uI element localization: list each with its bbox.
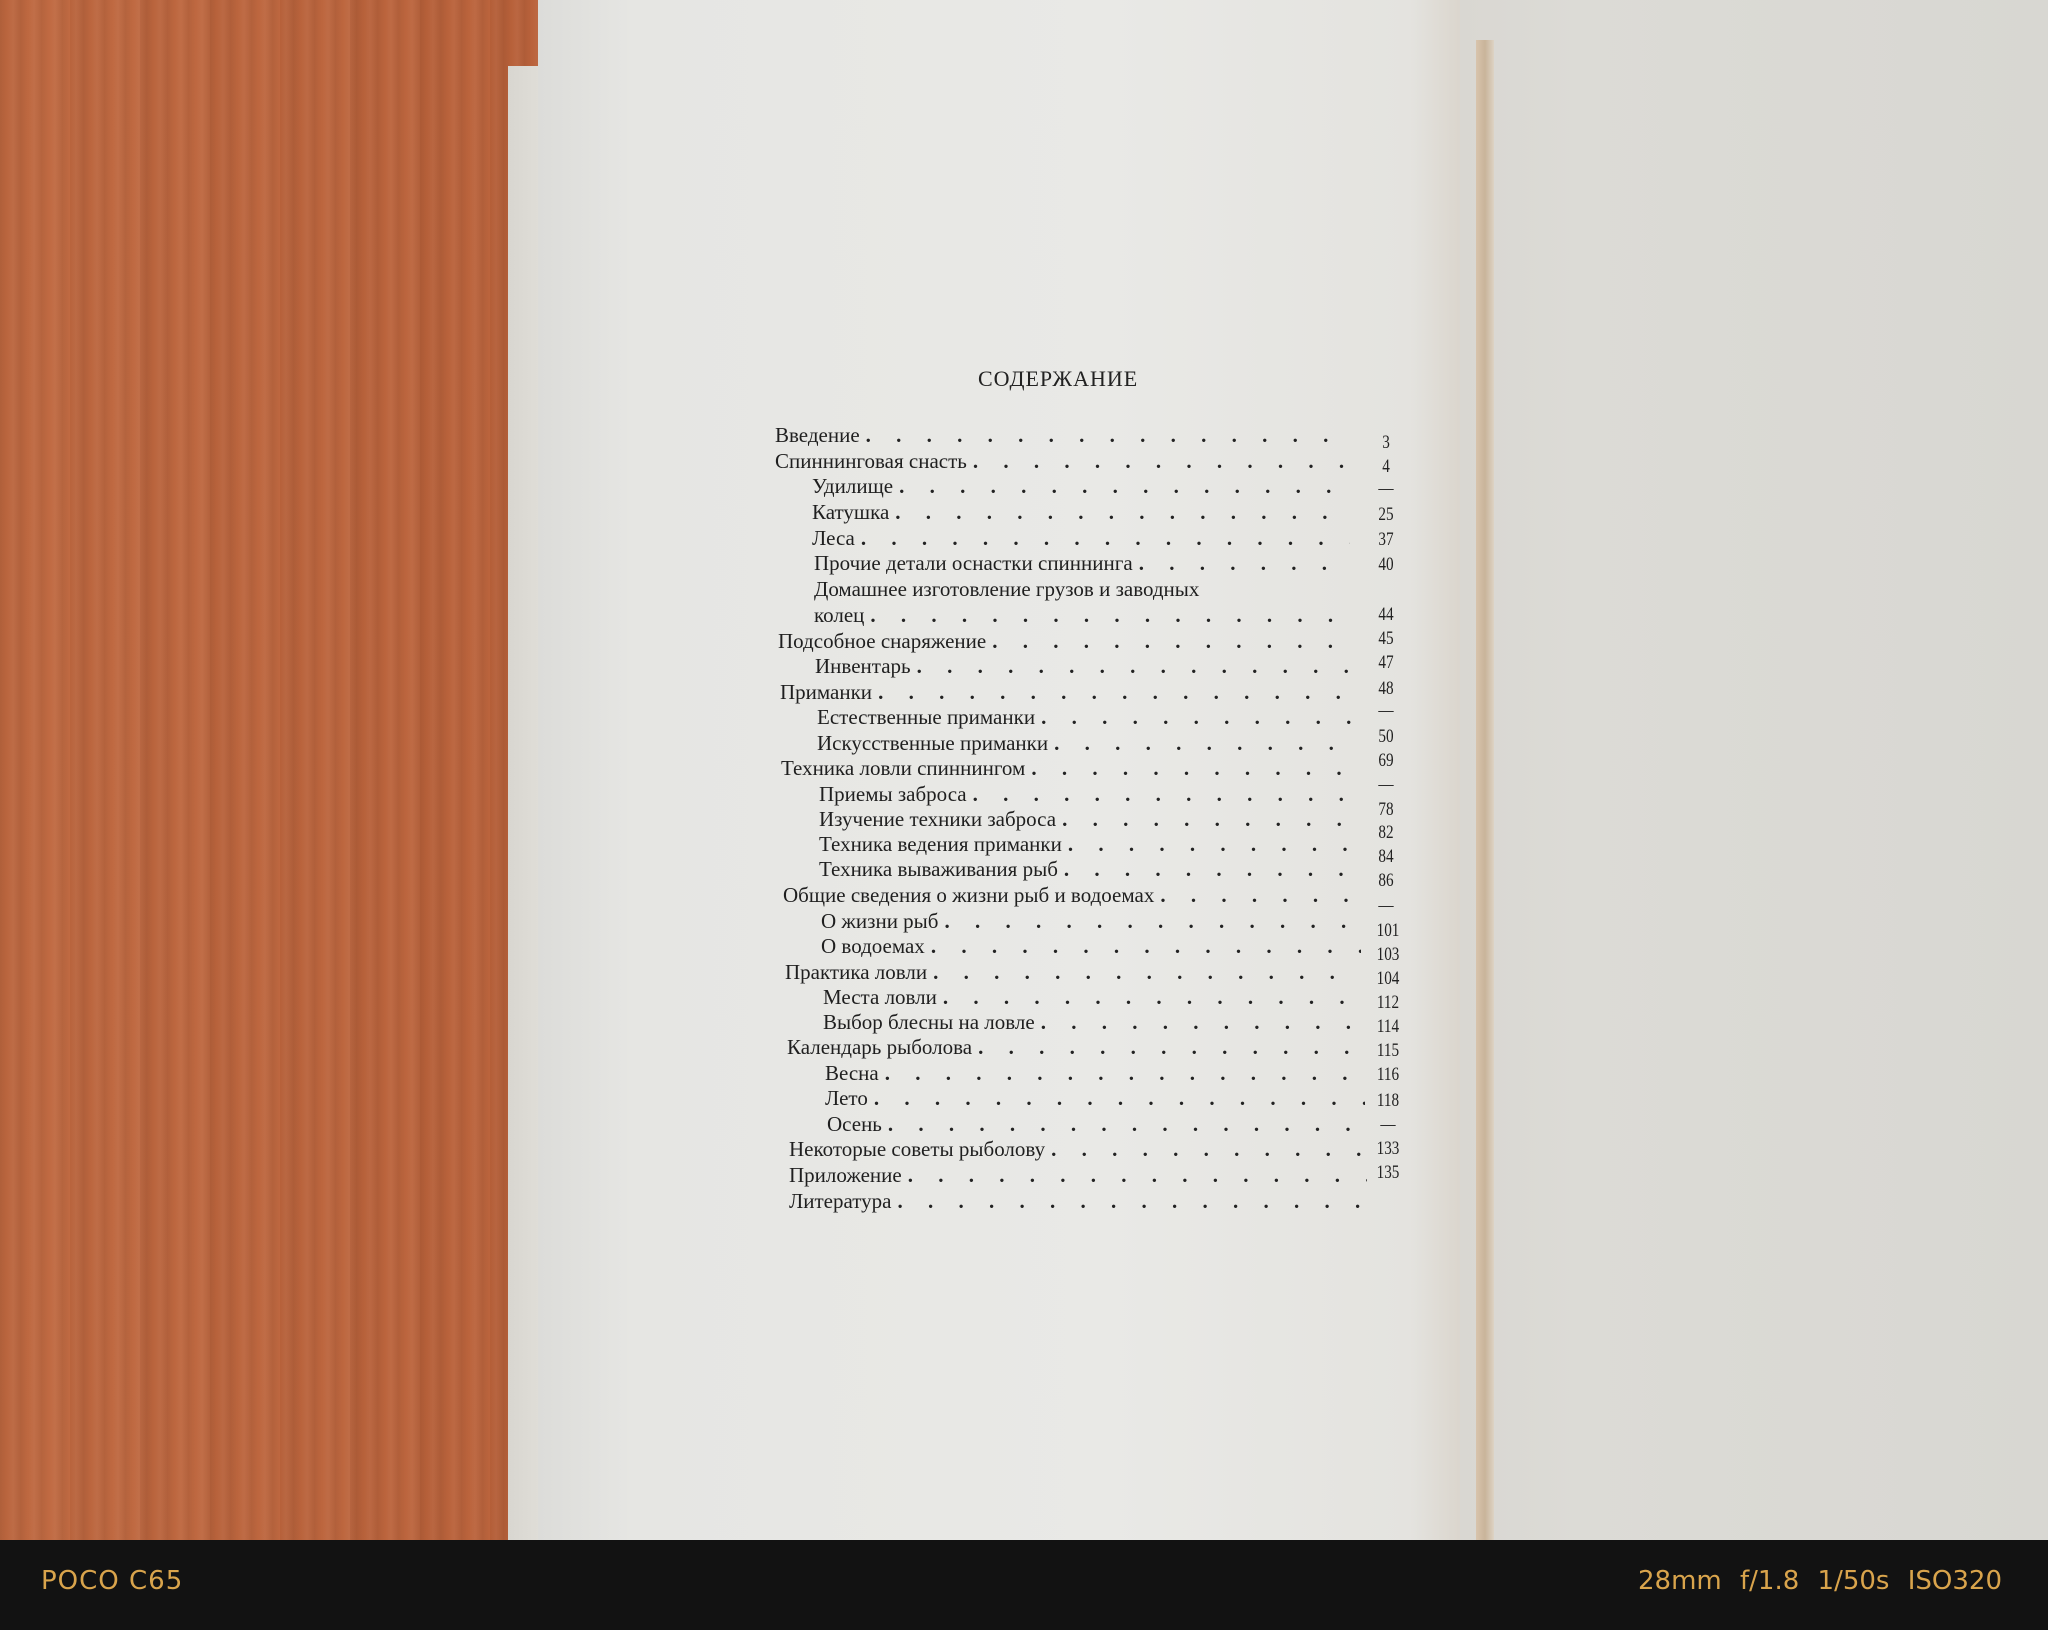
toc-entry: Техника ведения приманки. . . . . . . . … [819, 832, 1359, 856]
toc-leader: . . . . . . . . . . . . . . . . . . . . … [1139, 551, 1352, 575]
device-name: POCO C65 [41, 1566, 183, 1596]
exif-info: 28mm f/1.8 1/50s ISO320 [1638, 1566, 2002, 1596]
toc-leader: . . . . . . . . . . . . . . . . . . . . … [874, 1086, 1365, 1110]
toc-entry: Практика ловли. . . . . . . . . . . . . … [785, 960, 1361, 984]
toc-page-number: 44 [1372, 604, 1401, 626]
toc-entry-label: Спиннинговая снасть [775, 449, 973, 473]
right-book-page [1460, 0, 2048, 1540]
toc-leader: . . . . . . . . . . . . . . . . . . . . … [1054, 731, 1357, 755]
toc-leader: . . . . . . . . . . . . . . . . . . . . … [895, 500, 1350, 524]
toc-entry-label: Приманки [780, 680, 878, 704]
toc-entry-label: Общие сведения о жизни рыб и водоемах [783, 883, 1160, 907]
toc-entry: Весна. . . . . . . . . . . . . . . . . .… [825, 1061, 1365, 1085]
toc-page-number: 115 [1374, 1040, 1403, 1062]
toc-page-number: 118 [1374, 1090, 1403, 1112]
toc-entry: Домашнее изготовление грузов и заводных [814, 577, 1354, 601]
toc-entry: Приманки. . . . . . . . . . . . . . . . … [780, 680, 1356, 704]
toc-entry: Осень. . . . . . . . . . . . . . . . . .… [827, 1112, 1367, 1136]
toc-leader: . . . . . . . . . . . . . . . . . . . . … [1051, 1137, 1367, 1161]
toc-entry: Искусственные приманки. . . . . . . . . … [817, 731, 1357, 755]
toc-entry: Некоторые советы рыболову. . . . . . . .… [789, 1137, 1367, 1161]
toc-page-number: — [1372, 700, 1401, 722]
toc-entry-label: Леса [812, 526, 861, 550]
toc-entry: Введение. . . . . . . . . . . . . . . . … [775, 423, 1350, 447]
toc-page-number: 114 [1374, 1016, 1403, 1038]
toc-entry-label: Весна [825, 1061, 885, 1085]
toc-entry-label: Практика ловли [785, 960, 933, 984]
toc-entry-label: Приемы заброса [819, 782, 973, 806]
toc-leader: . . . . . . . . . . . . . . . . . . . . … [899, 474, 1350, 498]
toc-page-number: 104 [1374, 968, 1403, 990]
toc-leader: . . . . . . . . . . . . . . . . . . . . … [931, 934, 1361, 958]
toc-leader: . . . . . . . . . . . . . . . . . . . . … [1041, 1010, 1363, 1034]
toc-page-number: 45 [1372, 628, 1401, 650]
toc-page-number: 86 [1372, 870, 1401, 892]
toc-page-number: 116 [1374, 1064, 1403, 1086]
toc-entry-label: Литература [789, 1189, 897, 1213]
toc-entry-label: Некоторые советы рыболову [789, 1137, 1051, 1161]
toc-entry: Катушка. . . . . . . . . . . . . . . . .… [812, 500, 1350, 524]
toc-entry-label: Инвентарь [815, 654, 917, 678]
toc-entry: Выбор блесны на ловле. . . . . . . . . .… [823, 1010, 1363, 1034]
toc-entry-label: Выбор блесны на ловле [823, 1010, 1041, 1034]
toc-leader: . . . . . . . . . . . . . . . . . . . . … [992, 629, 1354, 653]
toc-page-number: 25 [1372, 504, 1401, 526]
toc-entry: Места ловли. . . . . . . . . . . . . . .… [823, 985, 1363, 1009]
toc-page-number: — [1372, 774, 1401, 796]
toc-entry: Техника вываживания рыб. . . . . . . . .… [819, 857, 1359, 881]
toc-entry-label: Удилище [812, 474, 899, 498]
toc-entry: Леса. . . . . . . . . . . . . . . . . . … [812, 526, 1350, 550]
toc-entry-label: Введение [775, 423, 866, 447]
toc-entry-label: Изучение техники заброса [819, 807, 1062, 831]
toc-page-number: 112 [1374, 992, 1403, 1014]
toc-entry-label: Искусственные приманки [817, 731, 1054, 755]
toc-entry: О жизни рыб. . . . . . . . . . . . . . .… [821, 909, 1361, 933]
toc-entry: колец. . . . . . . . . . . . . . . . . .… [814, 603, 1354, 627]
toc-page-number: — [1372, 895, 1401, 917]
toc-entry-label: Календарь рыболова [787, 1035, 978, 1059]
toc-entry-label: Техника ловли спиннингом [781, 756, 1031, 780]
toc-page-number: 48 [1372, 678, 1401, 700]
toc-leader: . . . . . . . . . . . . . . . . . . . . … [978, 1035, 1363, 1059]
toc-entry: О водоемах. . . . . . . . . . . . . . . … [821, 934, 1361, 958]
book-gutter [1476, 40, 1494, 1540]
toc-entry: Инвентарь. . . . . . . . . . . . . . . .… [815, 654, 1355, 678]
toc-entry-label: Места ловли [823, 985, 943, 1009]
toc-page-number: 135 [1374, 1162, 1403, 1184]
toc-entry: Подсобное снаряжение. . . . . . . . . . … [778, 629, 1354, 653]
toc-page-number: 82 [1372, 822, 1401, 844]
toc-entry: Техника ловли спиннингом. . . . . . . . … [781, 756, 1357, 780]
toc-leader: . . . . . . . . . . . . . . . . . . . . … [1031, 756, 1357, 780]
toc-entry-label: колец [814, 603, 870, 627]
toc-entry: Естественные приманки. . . . . . . . . .… [817, 705, 1357, 729]
toc-entry: Приложение. . . . . . . . . . . . . . . … [789, 1163, 1367, 1187]
toc-leader: . . . . . . . . . . . . . . . . . . . . … [944, 909, 1361, 933]
toc-leader: . . . . . . . . . . . . . . . . . . . . … [885, 1061, 1365, 1085]
toc-entry: Общие сведения о жизни рыб и водоемах. .… [783, 883, 1359, 907]
toc-entry-label: Осень [827, 1112, 888, 1136]
toc-page-number: 78 [1372, 799, 1401, 821]
toc-leader: . . . . . . . . . . . . . . . . . . . . … [973, 449, 1350, 473]
toc-page-number: 133 [1374, 1138, 1403, 1160]
toc-entry: Лето. . . . . . . . . . . . . . . . . . … [825, 1086, 1365, 1110]
toc-leader: . . . . . . . . . . . . . . . . . . . . … [866, 423, 1350, 447]
toc-entry-label: Техника вываживания рыб [819, 857, 1064, 881]
toc-entry-label: Приложение [789, 1163, 908, 1187]
toc-entry: Удилище. . . . . . . . . . . . . . . . .… [812, 474, 1350, 498]
toc-leader: . . . . . . . . . . . . . . . . . . . . … [917, 654, 1355, 678]
toc-leader: . . . . . . . . . . . . . . . . . . . . … [861, 526, 1350, 550]
camera-watermark-bar: POCO C65 28mm f/1.8 1/50s ISO320 [0, 1540, 2048, 1630]
toc-page-number: 4 [1372, 456, 1401, 478]
toc-page-number: 47 [1372, 652, 1401, 674]
toc-leader: . . . . . . . . . . . . . . . . . . . . … [973, 782, 1359, 806]
toc-entry-label: Техника ведения приманки [819, 832, 1068, 856]
toc-page-number: 69 [1372, 750, 1401, 772]
toc-leader: . . . . . . . . . . . . . . . . . . . . … [1041, 705, 1357, 729]
toc-title: СОДЕРЖАНИЕ [978, 366, 1138, 392]
toc-leader: . . . . . . . . . . . . . . . . . . . . … [870, 603, 1354, 627]
toc-entry: Календарь рыболова. . . . . . . . . . . … [787, 1035, 1363, 1059]
toc-entry-label: Подсобное снаряжение [778, 629, 992, 653]
toc-leader: . . . . . . . . . . . . . . . . . . . . … [878, 680, 1356, 704]
toc-entry-label: Лето [825, 1086, 874, 1110]
toc-entry-label: Естественные приманки [817, 705, 1041, 729]
toc-page-number: 50 [1372, 726, 1401, 748]
toc-leader: . . . . . . . . . . . . . . . . . . . . … [1062, 807, 1359, 831]
toc-entry: Приемы заброса. . . . . . . . . . . . . … [819, 782, 1359, 806]
toc-entry-label: Домашнее изготовление грузов и заводных [814, 577, 1205, 601]
toc-entry-label: О жизни рыб [821, 909, 944, 933]
toc-page-number: 103 [1374, 944, 1403, 966]
toc-page-number: 40 [1372, 554, 1401, 576]
toc-leader: . . . . . . . . . . . . . . . . . . . . … [933, 960, 1361, 984]
toc-page-number: — [1374, 1114, 1403, 1136]
toc-leader: . . . . . . . . . . . . . . . . . . . . … [1064, 857, 1359, 881]
toc-entry: Литература. . . . . . . . . . . . . . . … [789, 1189, 1367, 1213]
toc-leader: . . . . . . . . . . . . . . . . . . . . … [943, 985, 1363, 1009]
toc-leader: . . . . . . . . . . . . . . . . . . . . … [908, 1163, 1367, 1187]
toc-entry: Прочие детали оснастки спиннинга. . . . … [814, 551, 1352, 575]
toc-leader: . . . . . . . . . . . . . . . . . . . . … [888, 1112, 1367, 1136]
toc-leader: . . . . . . . . . . . . . . . . . . . . … [1160, 883, 1359, 907]
toc-leader: . . . . . . . . . . . . . . . . . . . . … [1068, 832, 1359, 856]
toc-entry: Спиннинговая снасть. . . . . . . . . . .… [775, 449, 1350, 473]
toc-page-number: 3 [1372, 432, 1401, 454]
toc-entry-label: Прочие детали оснастки спиннинга [814, 551, 1139, 575]
toc-page-number: — [1372, 478, 1401, 500]
toc-page-number: 37 [1372, 529, 1401, 551]
toc-entry: Изучение техники заброса. . . . . . . . … [819, 807, 1359, 831]
toc-entry-label: Катушка [812, 500, 895, 524]
toc-page-number: 101 [1374, 920, 1403, 942]
toc-leader: . . . . . . . . . . . . . . . . . . . . … [897, 1189, 1367, 1213]
toc-entry-label: О водоемах [821, 934, 931, 958]
toc-page-number: 84 [1372, 846, 1401, 868]
